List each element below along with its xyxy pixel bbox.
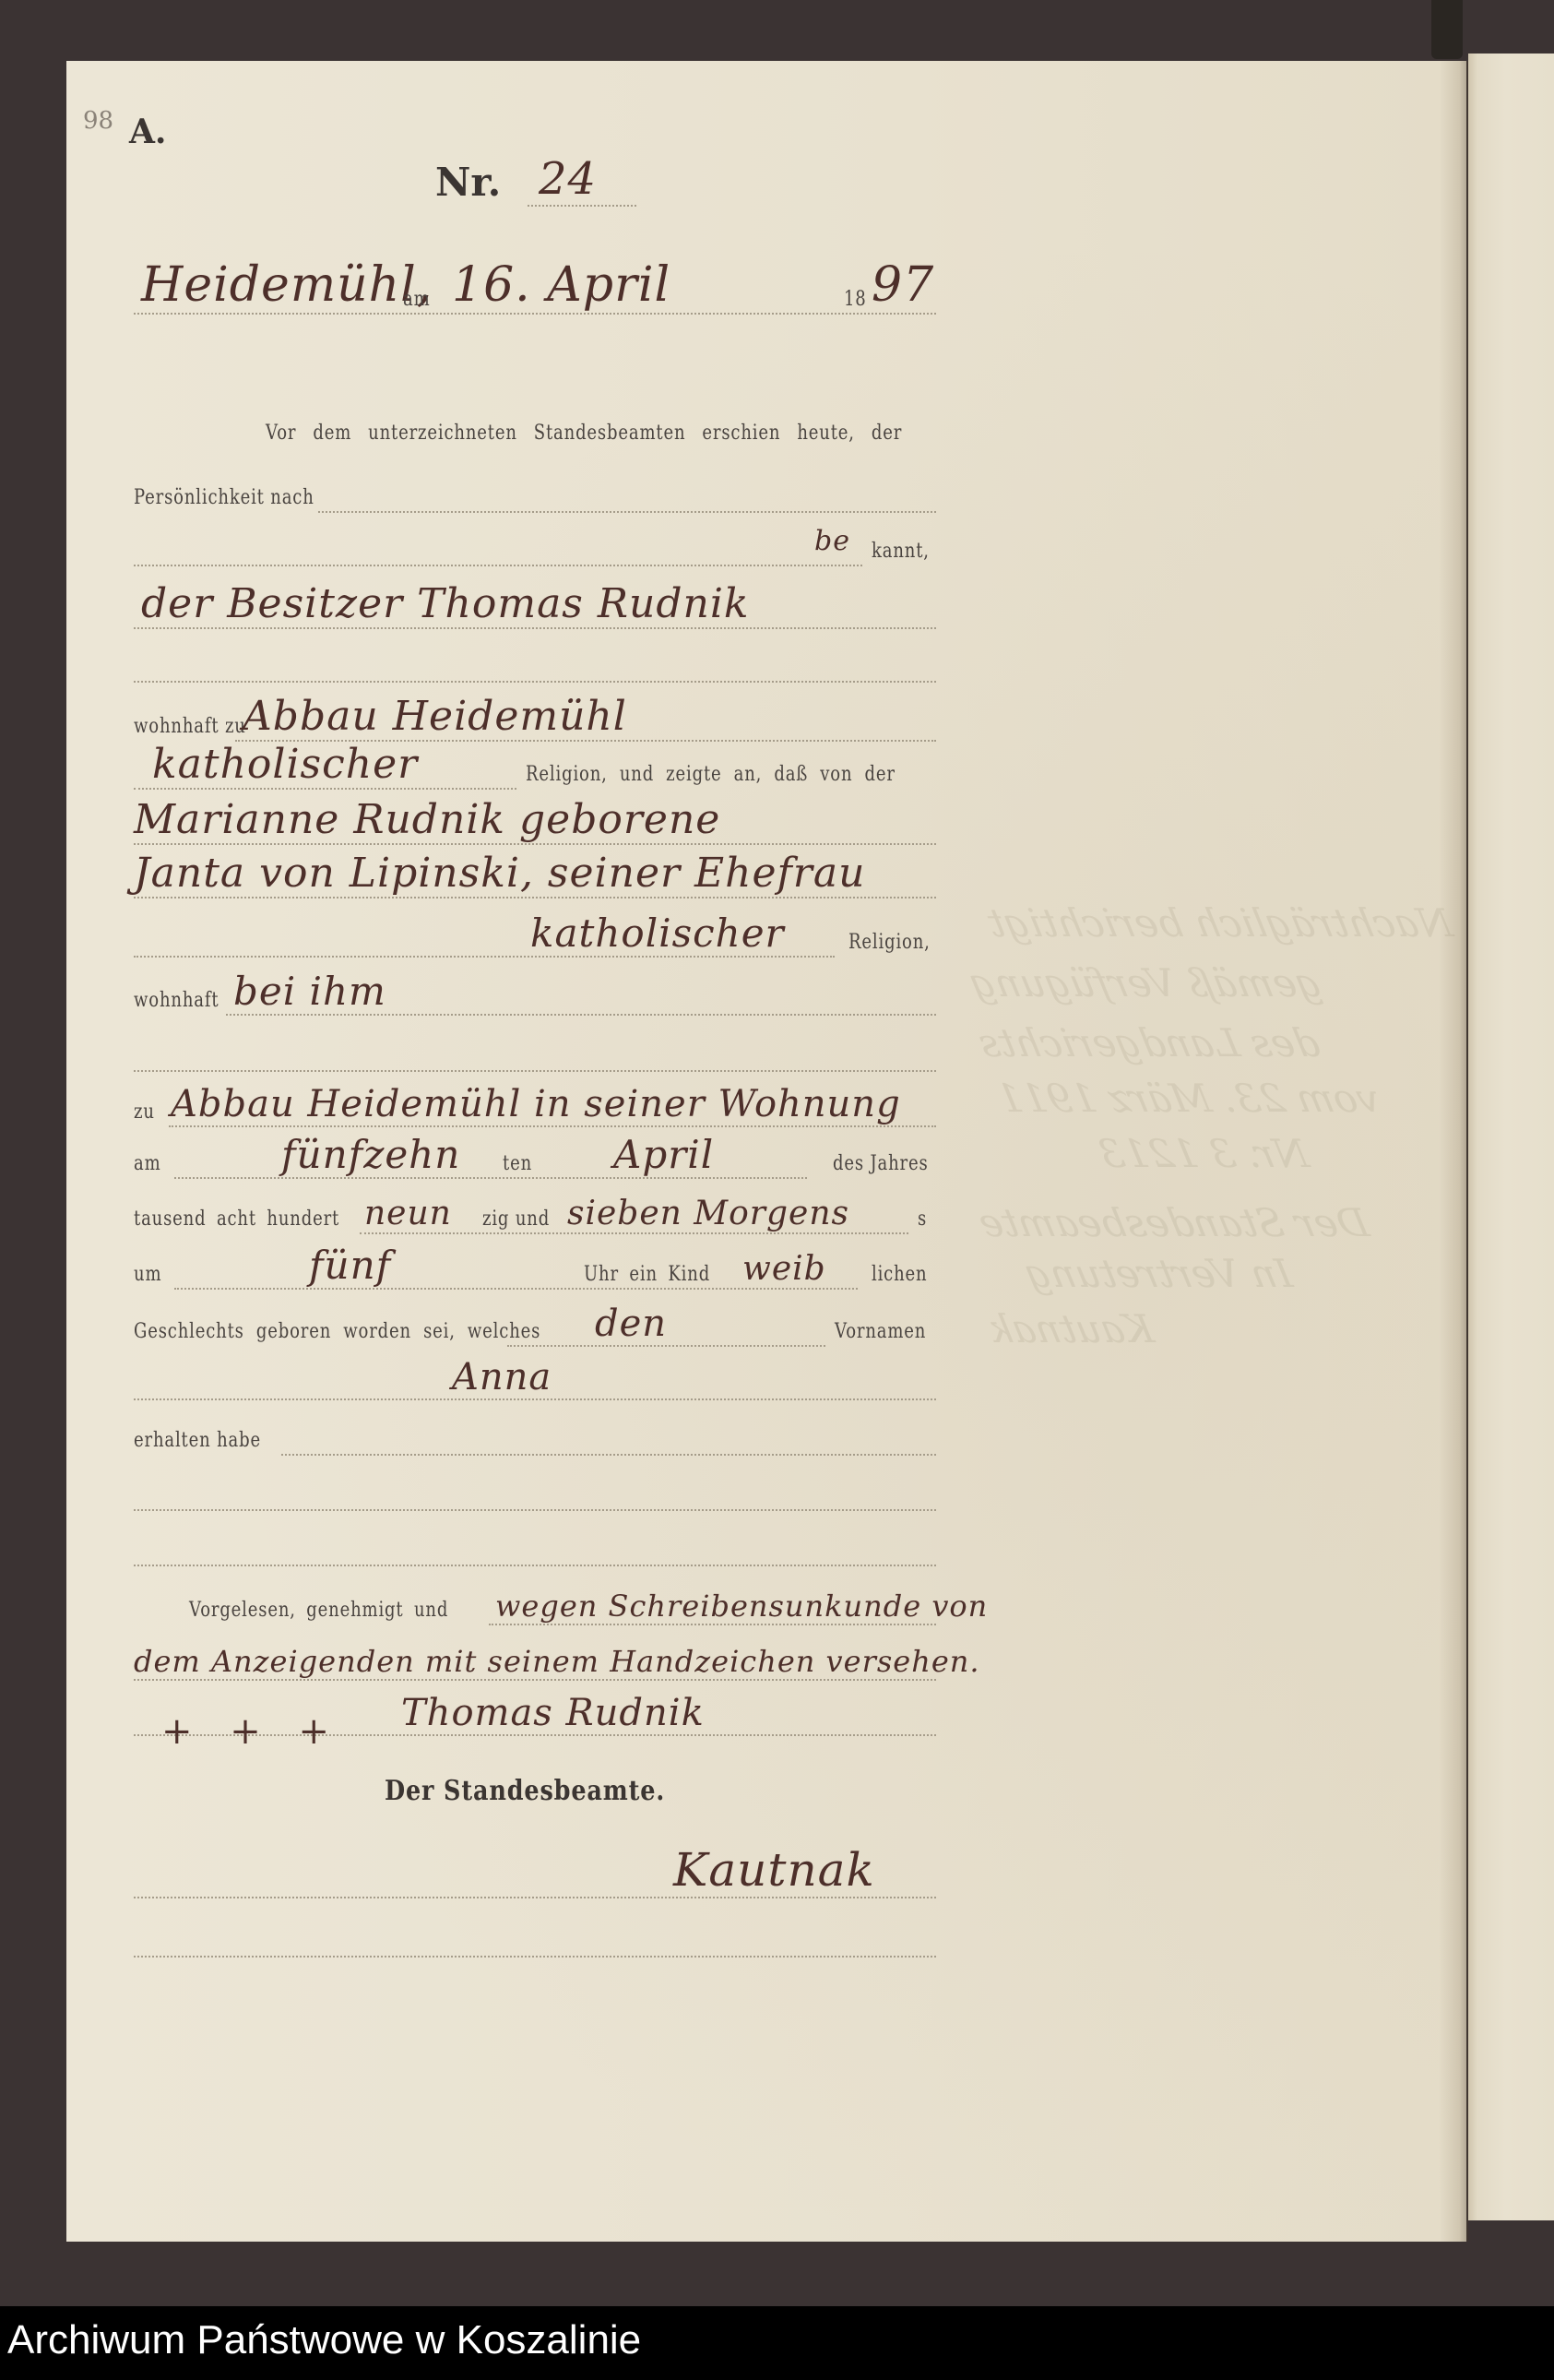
mother-maiden-handwritten: Janta von Lipinski, seiner Ehefrau: [134, 850, 865, 897]
dotted-line: [134, 956, 835, 958]
form-letter: A.: [129, 113, 166, 151]
names-label: Vornamen: [835, 1320, 926, 1343]
birth-year-label: des Jahres: [833, 1152, 929, 1175]
read-handwritten: wegen Schreibensunkunde von: [495, 1589, 988, 1624]
year-zig-label: zig und: [482, 1208, 550, 1231]
bleed-through-line: gemäß Verfügung: [966, 960, 1325, 1006]
mother-religion-row: katholischer Religion,: [134, 902, 936, 958]
mother-name-handwritten: Marianne Rudnik geborene: [134, 796, 720, 843]
birth-record-form: Nachträglich berichtigt gemäß Verfügung …: [66, 61, 1466, 2242]
dotted-line: [528, 205, 636, 207]
mother-residence-label: wohnhaft: [134, 989, 219, 1012]
year-prefix: 18: [844, 288, 867, 311]
intro-row: Vor dem unterzeichneten Standesbeamten e…: [134, 393, 936, 448]
dotted-line: [134, 565, 862, 566]
read-handwritten-2: dem Anzeigenden mit seinem Handzeichen v…: [134, 1644, 980, 1679]
intro-text: Vor dem unterzeichneten Standesbeamten e…: [266, 422, 902, 445]
time-uhr-label: Uhr ein Kind: [584, 1263, 710, 1286]
declarant-signature: Thomas Rudnik: [401, 1692, 705, 1734]
declarant-row: der Besitzer Thomas Rudnik: [134, 568, 936, 629]
bleed-through-line: In Vertretung: [1021, 1251, 1296, 1296]
mother-residence-row: wohnhaft bei ihm: [134, 960, 936, 1016]
dotted-line: [174, 1288, 858, 1290]
record-number-row: Nr. 24: [435, 151, 636, 207]
mother-row-1: Marianne Rudnik geborene: [134, 790, 936, 845]
birthplace-label: zu: [134, 1101, 155, 1124]
bleed-through-line: Der Standesbeamte: [975, 1200, 1373, 1245]
gender-text: Geschlechts geboren worden sei, welches: [134, 1320, 540, 1343]
adjacent-page-edge: [1468, 54, 1554, 2220]
gender-names-row: Geschlechts geboren worden sei, welches …: [134, 1291, 936, 1347]
identity-label: Persönlichkeit nach: [134, 486, 314, 509]
archive-caption-bar: Archiwum Państwowe w Koszalinie: [0, 2306, 1554, 2380]
date-am-label: am: [403, 288, 431, 311]
known-label: kannt,: [872, 540, 930, 563]
bleed-through-line: Nachträglich berichtigt: [984, 900, 1456, 946]
birth-time-row: um fünf Uhr ein Kind weib lichen: [134, 1234, 936, 1290]
declarant-handwritten: der Besitzer Thomas Rudnik: [141, 580, 750, 627]
dotted-line: [134, 897, 936, 898]
archive-caption: Archiwum Państwowe w Koszalinie: [7, 2317, 641, 2363]
blank-row: [134, 1511, 936, 1566]
registrar-title: Der Standesbeamte.: [385, 1775, 665, 1807]
time-um-label: um: [134, 1263, 161, 1286]
religion-text: Religion, und zeigte an, daß von der: [526, 763, 896, 786]
birth-year-row: tausend acht hundert neun zig und sieben…: [134, 1179, 936, 1234]
birth-month-handwritten: April: [613, 1132, 714, 1177]
dotted-line: [134, 681, 936, 683]
declarant-signature-row: + + + Thomas Rudnik: [134, 1681, 936, 1736]
binding-clip: [1431, 0, 1463, 59]
registrar-signature-row: Kautnak: [134, 1832, 936, 1898]
dotted-line: [226, 1014, 936, 1016]
dotted-line: [134, 1897, 936, 1898]
mother-residence-handwritten: bei ihm: [233, 969, 386, 1014]
religion-handwritten: katholischer: [152, 741, 418, 788]
dotted-line: [134, 1956, 936, 1958]
birth-am-label: am: [134, 1152, 161, 1175]
read-approved-row: Vorgelesen, genehmigt und wegen Schreibe…: [134, 1570, 936, 1625]
child-name-handwritten: Anna: [452, 1356, 552, 1398]
received-label: erhalten habe: [134, 1429, 261, 1452]
birth-date-row: am fünfzehn ten April des Jahres: [134, 1124, 936, 1179]
bleed-through-line: des Landgerichts: [975, 1020, 1323, 1065]
dotted-line: [134, 313, 936, 315]
birth-day-handwritten: fünfzehn: [281, 1132, 460, 1177]
sex-suffix: lichen: [872, 1263, 927, 1286]
read-approved-row-2: dem Anzeigenden mit seinem Handzeichen v…: [134, 1625, 936, 1681]
place-handwritten: Heidemühl,: [141, 257, 433, 313]
child-name-row: Anna: [134, 1345, 936, 1400]
known-row: be kannt,: [134, 511, 936, 566]
year-handwritten: 97: [872, 257, 934, 313]
year-words-label: tausend acht hundert: [134, 1208, 339, 1231]
sex-handwritten: weib: [742, 1250, 826, 1288]
birthplace-handwritten: Abbau Heidemühl in seiner Wohnung: [171, 1083, 901, 1125]
mother-religion-label: Religion,: [848, 931, 931, 954]
birth-ten-label: ten: [503, 1152, 532, 1175]
spine-shadow: [1439, 61, 1468, 2242]
received-row: erhalten habe: [134, 1400, 936, 1456]
bleed-through-line: vom 23. März 1911: [993, 1076, 1383, 1121]
known-handwritten: be: [814, 525, 850, 557]
bleed-through-line: Nr. 3 1213: [1095, 1131, 1312, 1176]
year-tens-handwritten: neun: [364, 1195, 452, 1232]
names-handwritten: den: [595, 1303, 667, 1345]
year-suffix: s: [918, 1208, 927, 1231]
margin-page-number: 98: [83, 107, 113, 135]
declarant-marks: + + +: [161, 1710, 342, 1753]
birthplace-row: zu Abbau Heidemühl in seiner Wohnung: [134, 1072, 936, 1127]
registrar-signature: Kautnak: [673, 1843, 875, 1897]
blank-row: [134, 1017, 936, 1072]
identity-row: Persönlichkeit nach: [134, 458, 936, 513]
year-units-handwritten: sieben Morgens: [567, 1195, 849, 1232]
religion-row: katholischer Religion, und zeigte an, da…: [134, 734, 936, 790]
record-number-label: Nr.: [435, 160, 501, 205]
blank-row: [134, 1902, 936, 1958]
dotted-line: [134, 1565, 936, 1566]
record-number-value: 24: [539, 153, 597, 205]
mother-row-2: Janta von Lipinski, seiner Ehefrau: [134, 843, 936, 898]
place-date-row: Heidemühl, am 16. April 18 97: [134, 241, 936, 315]
bleed-through-line: Kautnak: [984, 1306, 1157, 1351]
date-handwritten: 16. April: [452, 257, 670, 313]
blank-row: [134, 1456, 936, 1511]
mother-religion-handwritten: katholischer: [530, 910, 785, 956]
read-approved-text: Vorgelesen, genehmigt und: [189, 1599, 448, 1622]
blank-row: [134, 627, 936, 683]
time-handwritten: fünf: [309, 1243, 391, 1288]
residence-handwritten: Abbau Heidemühl: [243, 693, 627, 740]
register-page: Nachträglich berichtigt gemäß Verfügung …: [66, 61, 1466, 2242]
residence-row: wohnhaft zu Abbau Heidemühl: [134, 686, 936, 742]
